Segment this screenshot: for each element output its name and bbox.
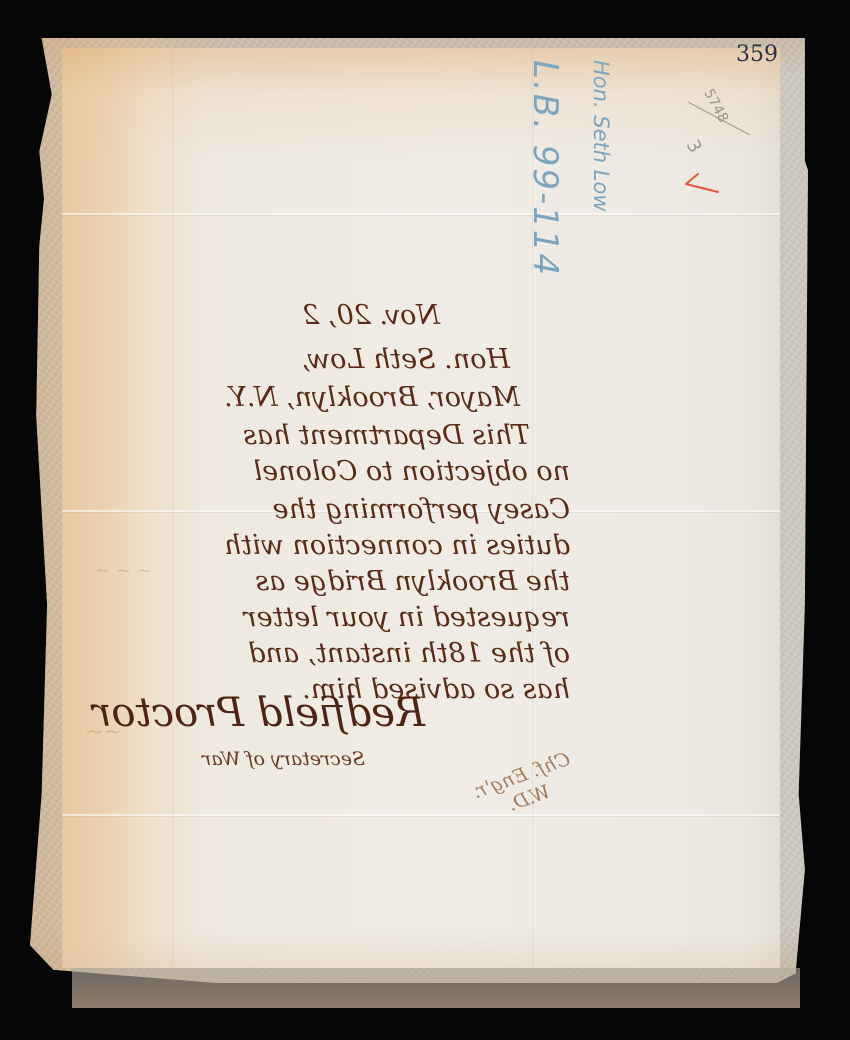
grey-pencil-fraction: 5748 3 — [676, 92, 756, 172]
signature-block: Redfield Proctor Secretary of War — [175, 690, 435, 790]
red-check-mark-icon — [682, 170, 722, 200]
body-line: requested in your letter — [244, 602, 570, 633]
fraction-numerator: 5748 — [700, 87, 731, 126]
body-line: duties in connection with — [224, 530, 570, 561]
signature-title: Secretary of War — [202, 748, 365, 770]
signature-name: Redfield Proctor — [92, 690, 425, 736]
document-scan: ~ ~ ~ ~~ 359 Hon. Seth Low L.B. 99-114 5… — [0, 0, 850, 1040]
fold-line — [62, 213, 780, 215]
tissue-bottom-band — [72, 968, 800, 1008]
body-line: of the 18th instant, and — [248, 638, 570, 669]
body-line: the Brooklyn Bridge as — [255, 566, 570, 597]
date-line: Nov. 20, 2 — [302, 300, 440, 331]
fraction-denominator: 3 — [682, 137, 706, 157]
body-line: This Department has — [243, 420, 530, 451]
folio-number: 359 — [736, 42, 778, 67]
blue-pencil-annotation: Hon. Seth Low L.B. 99-114 — [515, 40, 635, 290]
salutation-title: Mayor, Brooklyn, N.Y. — [224, 382, 520, 413]
salutation-name: Hon. Seth Low, — [302, 344, 510, 375]
letter-body: Nov. 20, 2 Hon. Seth Low, Mayor, Brookly… — [170, 300, 570, 720]
blue-pencil-reference: L.B. 99-114 — [525, 60, 565, 277]
blue-pencil-addressee: Hon. Seth Low — [589, 60, 613, 212]
bleed-through-text: ~ ~ ~ — [95, 560, 152, 581]
fold-line — [62, 814, 780, 816]
body-line: no objection to Colonel — [254, 456, 570, 487]
body-line: Casey performing the — [273, 494, 570, 525]
